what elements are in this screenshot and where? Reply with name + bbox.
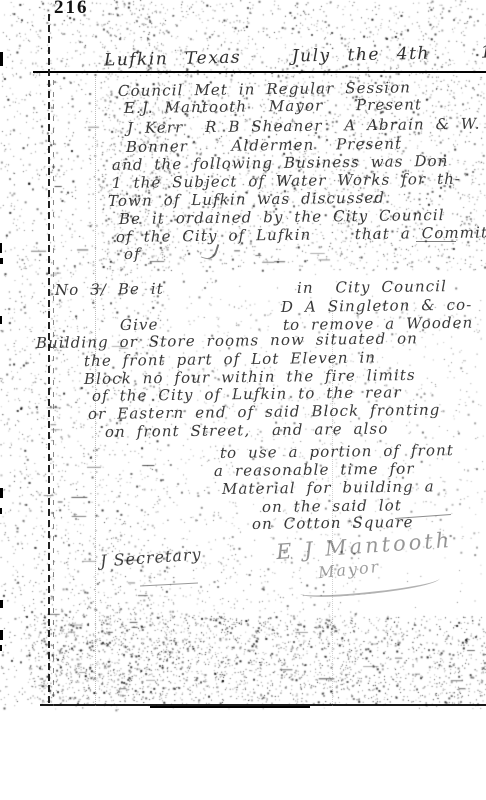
handwritten-line: Town of Lufkin was discussed: [108, 191, 385, 209]
top-rule: [33, 71, 486, 73]
handwritten-line: Material for building a: [222, 479, 435, 497]
pen-dash: [140, 582, 198, 586]
binding-mark: [0, 508, 2, 514]
handwritten-line: in City Council: [297, 279, 447, 296]
binding-mark: [0, 316, 2, 324]
binding-mark: [0, 243, 2, 253]
page-number: 216: [54, 0, 89, 19]
ledger-page: 216 Lufkin Texas July the 4th 1895 Counc…: [0, 0, 486, 800]
handwritten-line: to use a portion of front: [220, 443, 454, 461]
handwritten-line: a reasonable time for: [214, 462, 415, 479]
handwritten-line: D A Singleton & co-: [281, 298, 473, 315]
binding-mark: [0, 645, 2, 651]
dateline: Lufkin Texas July the 4th 1895: [104, 42, 486, 71]
handwritten-line: of: [124, 247, 141, 262]
binding-mark: [0, 600, 3, 608]
binding-mark: [0, 630, 3, 640]
handwritten-line: Give: [120, 318, 159, 333]
ordinance-number-line: No 3/ Be it: [55, 282, 164, 298]
margin-rule-left-inner: [53, 80, 54, 706]
bottom-rule-thick-segment: [150, 706, 310, 708]
handwritten-line: J Kerr R B Sheaner A Abrain & W. H-: [127, 116, 486, 136]
handwritten-line: 1 the Subject of Water Works for th-: [112, 172, 461, 191]
binding-mark: [0, 52, 3, 66]
handwritten-line: E.J. Mantooth Mayor Present: [124, 97, 422, 116]
margin-rule-left: [48, 14, 50, 706]
binding-mark: [0, 258, 3, 264]
content-layer: 216 Lufkin Texas July the 4th 1895 Counc…: [0, 0, 486, 800]
secretary-signature: J Secretary: [99, 544, 202, 570]
handwritten-line: on Cotton Square: [252, 515, 414, 532]
handwritten-line: on front Street, and are also: [105, 422, 389, 440]
handwritten-line: of the City of Lufkin that a Committee: [116, 225, 486, 245]
binding-mark: [0, 488, 3, 498]
